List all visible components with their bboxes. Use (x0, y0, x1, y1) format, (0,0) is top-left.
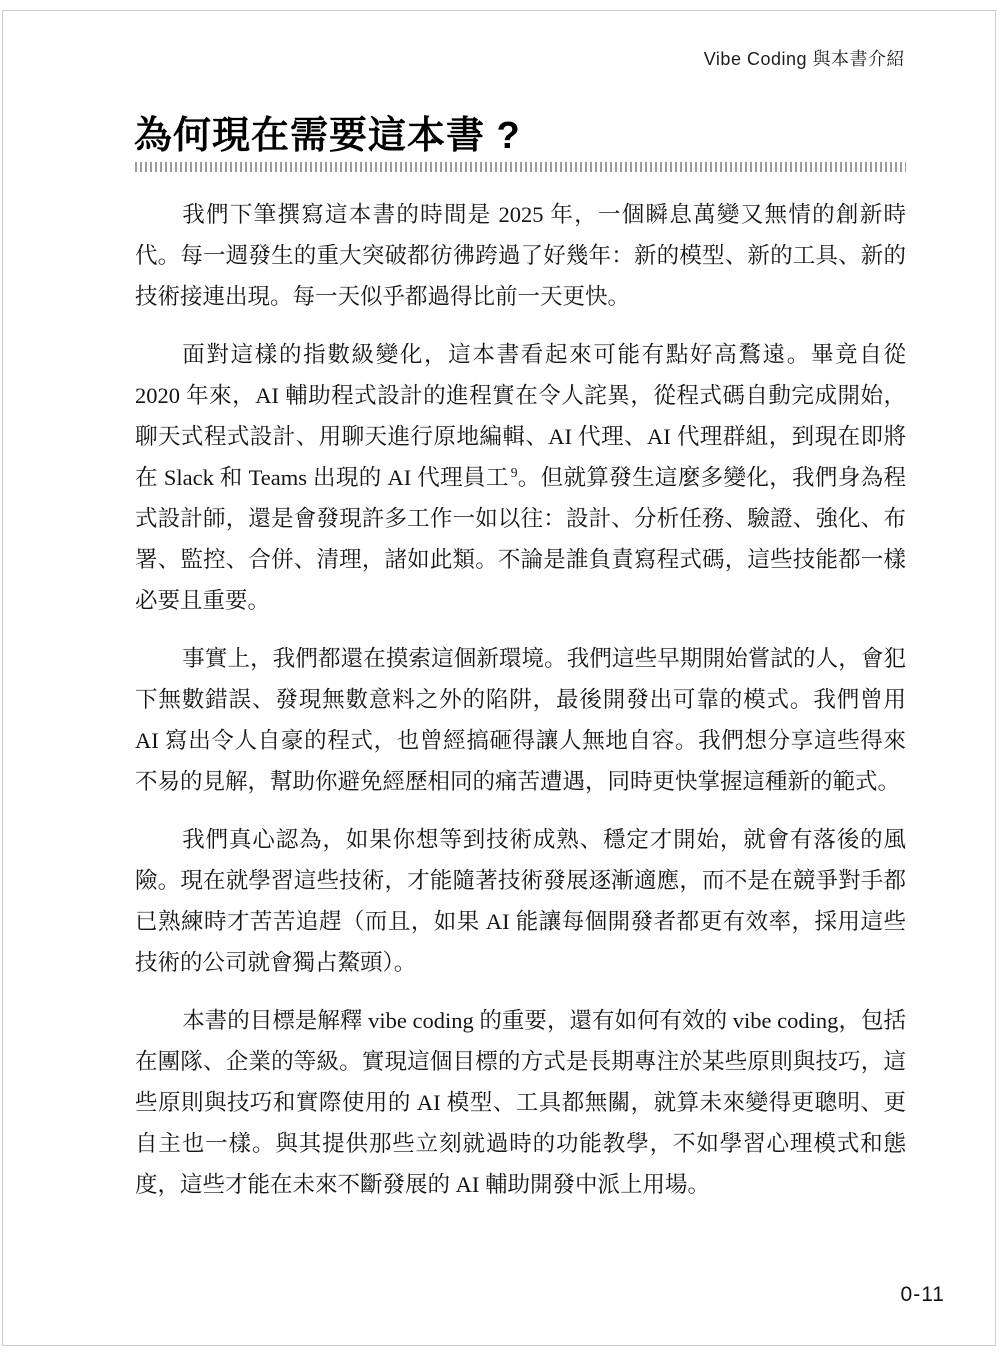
page-number: 0-11 (901, 1283, 945, 1307)
paragraph-1: 我們下筆撰寫這本書的時間是 2025 年，一個瞬息萬變又無情的創新時代。每一週發… (135, 194, 906, 317)
paragraph-4: 我們真心認為，如果你想等到技術成熟、穩定才開始，就會有落後的風險。現在就學習這些… (135, 819, 906, 983)
book-page: Vibe Coding 與本書介紹 為何現在需要這本書 ? 我們下筆撰寫這本書的… (0, 0, 1000, 1353)
paragraph-5: 本書的目標是解釋 vibe coding 的重要，還有如何有效的 vibe co… (135, 1000, 906, 1205)
section-title: 為何現在需要這本書 ? (134, 104, 521, 159)
running-header: Vibe Coding 與本書介紹 (704, 45, 905, 71)
paragraph-3: 事實上，我們都還在摸索這個新環境。我們這些早期開始嘗試的人，會犯下無數錯誤、發現… (135, 638, 906, 802)
paragraph-2: 面對這樣的指數級變化，這本書看起來可能有點好高鶩遠。畢竟自從 2020 年來，A… (135, 334, 906, 621)
title-hatch-rule (135, 162, 906, 172)
body-text: 我們下筆撰寫這本書的時間是 2025 年，一個瞬息萬變又無情的創新時代。每一週發… (135, 194, 906, 1205)
